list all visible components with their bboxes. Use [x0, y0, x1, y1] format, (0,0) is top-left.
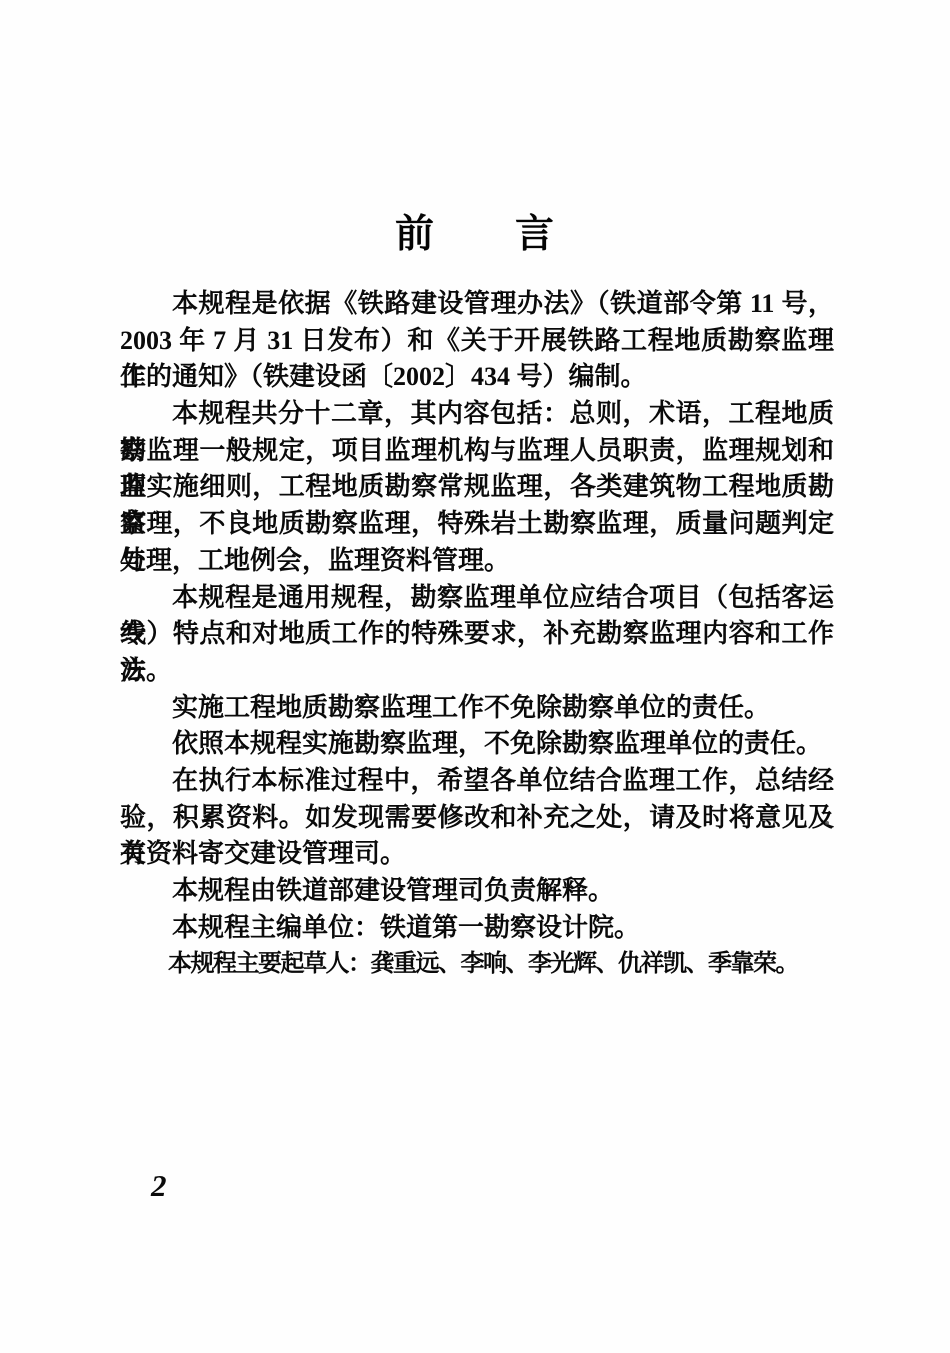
text-line: 线）特点和对地质工作的特殊要求，补充勘察监理内容和工作方	[120, 616, 834, 653]
text-line: 法。	[120, 653, 834, 690]
text-line: 本规程主要起草人：龚重远、李响、李光辉、仇祥凯、季靠荣。	[120, 946, 834, 983]
scanned-document-page: 前 言 本规程是依据《铁路建设管理办法》（铁道部令第 11 号， 2003 年 …	[0, 0, 950, 1353]
text-line: 2003 年 7 月 31 日发布）和《关于开展铁路工程地质勘察监理工	[120, 323, 834, 360]
text-line: 作的通知》（铁建设函〔2002〕434 号）编制。	[120, 359, 834, 396]
foreword-body: 本规程是依据《铁路建设管理办法》（铁道部令第 11 号， 2003 年 7 月 …	[120, 286, 834, 983]
text-line: 本规程是依据《铁路建设管理办法》（铁道部令第 11 号，	[120, 286, 834, 323]
text-line: 在执行本标准过程中，希望各单位结合监理工作，总结经	[120, 763, 834, 800]
text-line: 本规程是通用规程，勘察监理单位应结合项目（包括客运专	[120, 580, 834, 617]
text-line: 本规程主编单位：铁道第一勘察设计院。	[120, 910, 834, 947]
text-line: 依照本规程实施勘察监理，不免除勘察监理单位的责任。	[120, 726, 834, 763]
text-line: 本规程由铁道部建设管理司负责解释。	[120, 873, 834, 910]
text-line: 察监理一般规定，项目监理机构与监理人员职责，监理规划和监	[120, 433, 834, 470]
scan-artifact-dot	[825, 821, 829, 825]
page-title: 前 言	[0, 203, 950, 259]
text-line: 关资料寄交建设管理司。	[120, 836, 834, 873]
text-line: 验，积累资料。如发现需要修改和补充之处，请及时将意见及有	[120, 800, 834, 837]
text-line: 实施工程地质勘察监理工作不免除勘察单位的责任。	[120, 690, 834, 727]
text-line: 理实施细则，工程地质勘察常规监理，各类建筑物工程地质勘察	[120, 469, 834, 506]
text-line: 本规程共分十二章，其内容包括：总则，术语，工程地质勘	[120, 396, 834, 433]
text-line: 监理，不良地质勘察监理，特殊岩土勘察监理，质量问题判定与	[120, 506, 834, 543]
page-number: 2	[151, 1168, 167, 1204]
text-line: 处理，工地例会，监理资料管理。	[120, 543, 834, 580]
